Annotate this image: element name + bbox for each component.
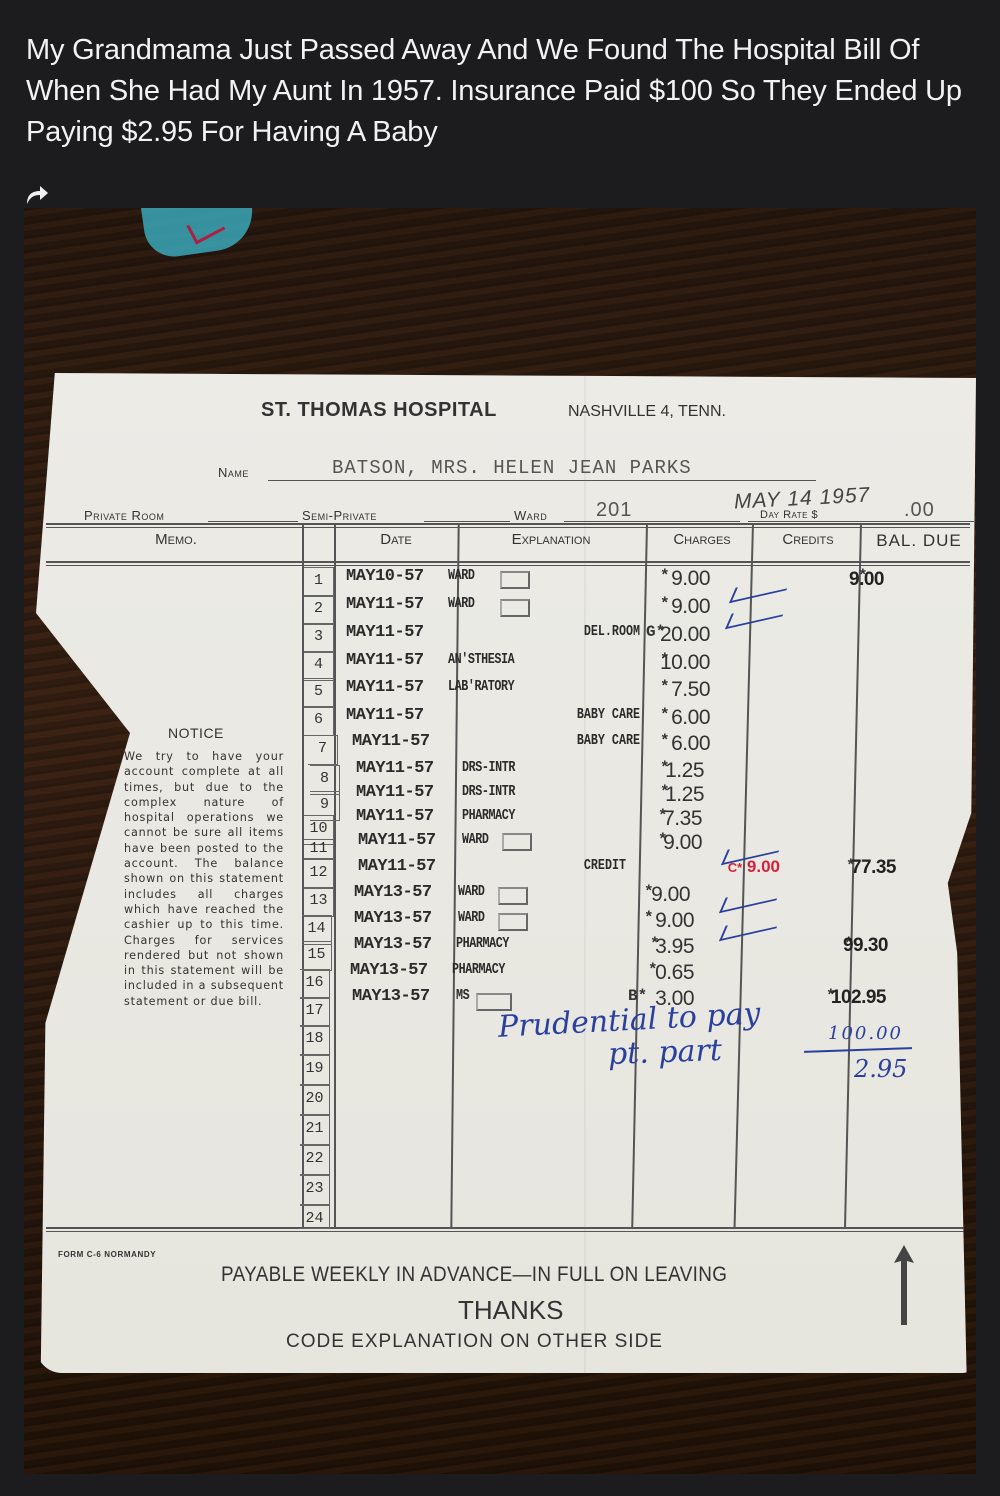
row-code: * xyxy=(660,706,670,724)
row-date: MAY13-57 xyxy=(354,883,432,902)
row-charge: 6.00 xyxy=(671,706,710,730)
row-explanation: PHARMACY xyxy=(452,961,505,978)
table-row: MAY11-57 DEL.ROOM G* 20.00 xyxy=(46,623,970,649)
table-bottom-rule xyxy=(46,1227,970,1232)
table-top-rule xyxy=(46,523,970,528)
row-date: MAY11-57 xyxy=(346,678,424,697)
table-row: MAY11-57 AN'STHESIA * 10.00 xyxy=(46,651,970,677)
private-room-label: Private Room xyxy=(84,508,164,523)
row-explanation: BABY CARE xyxy=(577,732,640,749)
stamp-box xyxy=(498,913,528,931)
row-explanation: LAB'RATORY xyxy=(448,678,514,695)
header-explanation: Explanation xyxy=(476,531,626,548)
header-balance: BAL. DUE xyxy=(864,531,974,551)
line-number: 18 xyxy=(300,1025,330,1055)
stamp-box xyxy=(498,887,528,905)
blue-object xyxy=(141,208,258,260)
row-date: MAY11-57 xyxy=(346,595,424,614)
row-charge: 7.35 xyxy=(663,807,702,831)
row-date: MAY11-57 xyxy=(346,651,424,670)
row-explanation: WARD xyxy=(458,909,485,926)
share-arrow-icon[interactable] xyxy=(24,182,50,206)
line-number: 24 xyxy=(300,1205,330,1229)
row-date: MAY11-57 xyxy=(358,857,436,876)
day-rate-line xyxy=(748,521,974,522)
footer-code-explanation: CODE EXPLANATION ON OTHER SIDE xyxy=(286,1331,663,1353)
header-credits: Credits xyxy=(760,531,856,548)
row-explanation: DRS-INTR xyxy=(462,783,515,800)
row-charge: 0.65 xyxy=(655,961,694,985)
name-label: Name xyxy=(218,465,249,480)
header-bottom-rule xyxy=(46,561,970,566)
line-number: 19 xyxy=(300,1055,330,1085)
row-code: * xyxy=(660,678,670,696)
table-row: MAY11-57 WARD * 9.00 xyxy=(46,595,970,621)
row-code: * xyxy=(660,595,670,613)
row-charge: 6.00 xyxy=(671,732,710,756)
row-charge: 9.00 xyxy=(651,883,690,907)
table-row: MAY11-57 LAB'RATORY * 7.50 xyxy=(46,678,970,704)
row-balance: 99.30 xyxy=(843,935,888,957)
ward-number: 201 xyxy=(596,499,632,522)
row-code: * xyxy=(660,567,670,585)
row-charge: 10.00 xyxy=(660,651,710,675)
row-explanation: AN'STHESIA xyxy=(448,651,514,668)
private-room-line xyxy=(208,521,298,522)
row-charge: 1.25 xyxy=(665,759,704,783)
patient-amount: 2.95 xyxy=(854,1055,907,1083)
row-charge: 7.50 xyxy=(671,678,710,702)
ward-label: Ward xyxy=(514,508,547,523)
table-row: MAY10-57 WARD * 9.00 * 9.00 xyxy=(46,567,970,593)
post-title: My Grandmama Just Passed Away And We Fou… xyxy=(26,30,966,153)
line-number: 23 xyxy=(300,1175,330,1205)
row-charge: 9.00 xyxy=(663,831,702,855)
row-explanation: MS xyxy=(456,987,469,1004)
row-charge: 3.95 xyxy=(655,935,694,959)
row-charge: 9.00 xyxy=(671,567,710,591)
notice-text: We try to have your account complete at … xyxy=(124,749,284,1009)
row-date: MAY11-57 xyxy=(356,807,434,826)
day-rate-label: Day Rate $ xyxy=(760,509,818,521)
row-explanation: WARD xyxy=(458,883,485,900)
row-date: MAY11-57 xyxy=(356,759,434,778)
row-explanation: PHARMACY xyxy=(462,807,515,824)
row-date: MAY11-57 xyxy=(346,706,424,725)
row-charge: 9.00 xyxy=(655,909,694,933)
row-balance: 77.35 xyxy=(851,857,896,879)
hospital-city: NASHVILLE 4, TENN. xyxy=(568,403,726,421)
row-explanation: WARD xyxy=(448,567,475,584)
row-explanation: WARD xyxy=(448,595,475,612)
stamp-box xyxy=(502,833,532,851)
row-explanation: DEL.ROOM xyxy=(584,623,640,640)
row-charge: 20.00 xyxy=(660,623,710,647)
row-credit-amount: 9.00 xyxy=(747,857,780,876)
row-explanation: DRS-INTR xyxy=(462,759,515,776)
bill-photo: ST. THOMAS HOSPITAL NASHVILLE 4, TENN. N… xyxy=(24,208,976,1474)
row-date: MAY11-57 xyxy=(352,732,430,751)
footer-payable: PAYABLE WEEKLY IN ADVANCE—IN FULL ON LEA… xyxy=(221,1263,727,1287)
row-balance: 9.00 xyxy=(849,569,884,591)
row-balance: 102.95 xyxy=(831,987,886,1009)
row-date: MAY11-57 xyxy=(358,831,436,850)
insurance-amount: 100.00 xyxy=(828,1023,903,1044)
stamp-box xyxy=(476,993,512,1011)
row-date: MAY13-57 xyxy=(354,909,432,928)
header-memo: Memo. xyxy=(126,531,226,548)
up-arrow-icon xyxy=(894,1245,914,1325)
row-charge: 1.25 xyxy=(665,783,704,807)
form-id: FORM C-6 NORMANDY xyxy=(58,1250,156,1259)
semi-private-label: Semi-Private xyxy=(302,508,377,523)
patient-name: BATSON, MRS. HELEN JEAN PARKS xyxy=(332,457,692,479)
stamp-box xyxy=(500,599,530,617)
ward-line xyxy=(564,521,740,522)
semi-private-line xyxy=(424,521,510,522)
header-date: Date xyxy=(356,531,436,548)
row-date: MAY13-57 xyxy=(352,987,430,1006)
row-explanation: BABY CARE xyxy=(577,706,640,723)
name-line xyxy=(268,480,816,481)
row-explanation: PHARMACY xyxy=(456,935,509,952)
row-date: MAY13-57 xyxy=(350,961,428,980)
line-number: 22 xyxy=(300,1145,330,1175)
row-date: MAY13-57 xyxy=(354,935,432,954)
hospital-name: ST. THOMAS HOSPITAL xyxy=(261,399,497,422)
day-rate-value: .00 xyxy=(904,499,935,522)
footer-thanks: THANKS xyxy=(458,1295,563,1326)
header-charges: Charges xyxy=(654,531,750,548)
hospital-bill: ST. THOMAS HOSPITAL NASHVILLE 4, TENN. N… xyxy=(36,373,976,1373)
row-code: * xyxy=(644,909,654,927)
row-date: MAY11-57 xyxy=(356,783,434,802)
stamp-box xyxy=(500,571,530,589)
notice-title: NOTICE xyxy=(168,725,224,741)
row-date: MAY11-57 xyxy=(346,623,424,642)
row-code: * xyxy=(660,732,670,750)
row-charge: 9.00 xyxy=(671,595,710,619)
handwritten-note-line2: pt. part xyxy=(607,1033,722,1072)
line-number: 20 xyxy=(300,1085,330,1115)
row-date: MAY10-57 xyxy=(346,567,424,586)
row-explanation: WARD xyxy=(462,831,489,848)
row-explanation: CREDIT xyxy=(584,857,626,874)
line-number: 21 xyxy=(300,1115,330,1145)
